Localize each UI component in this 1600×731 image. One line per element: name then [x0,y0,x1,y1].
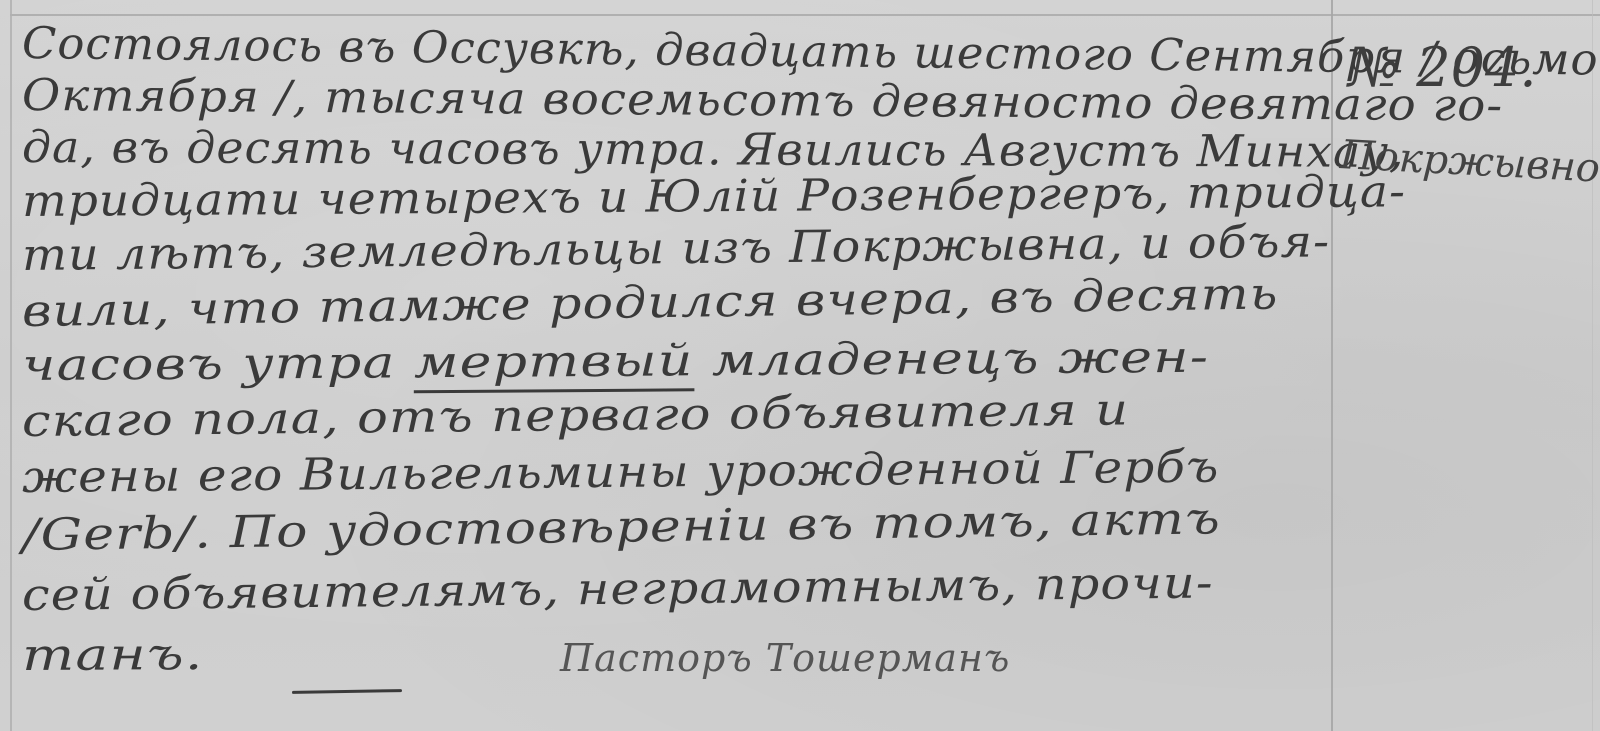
record-line-8: скаго пола, отъ перваго объявителя и [22,384,1130,447]
document-page: Состоялось въ Оссувкѣ, двадцать шестого … [0,0,1600,731]
right-edge-line [1592,0,1593,731]
record-line-10: /Gerb/. По удостовѣреніи въ томъ, актъ [22,493,1222,561]
act-number: № 204. [1348,36,1537,99]
record-line-9: жены его Вильгельмины урожденной Гербъ [22,442,1220,503]
left-rule-line [10,0,12,731]
underlined-word: мертвый [414,335,694,393]
closing-dash-stroke [292,689,402,694]
pastor-signature: Пасторъ Тошерманъ [560,636,1010,680]
record-line-7-text: часовъ утра мертвый младенецъ жен- [22,332,1210,394]
record-line-12: танъ. [22,629,204,681]
top-rule-line [10,14,1600,16]
record-line-7: часовъ утра мертвый младенецъ жен- [22,332,1210,391]
record-line-11: сей объявителямъ, неграмотнымъ, прочи- [22,558,1214,621]
